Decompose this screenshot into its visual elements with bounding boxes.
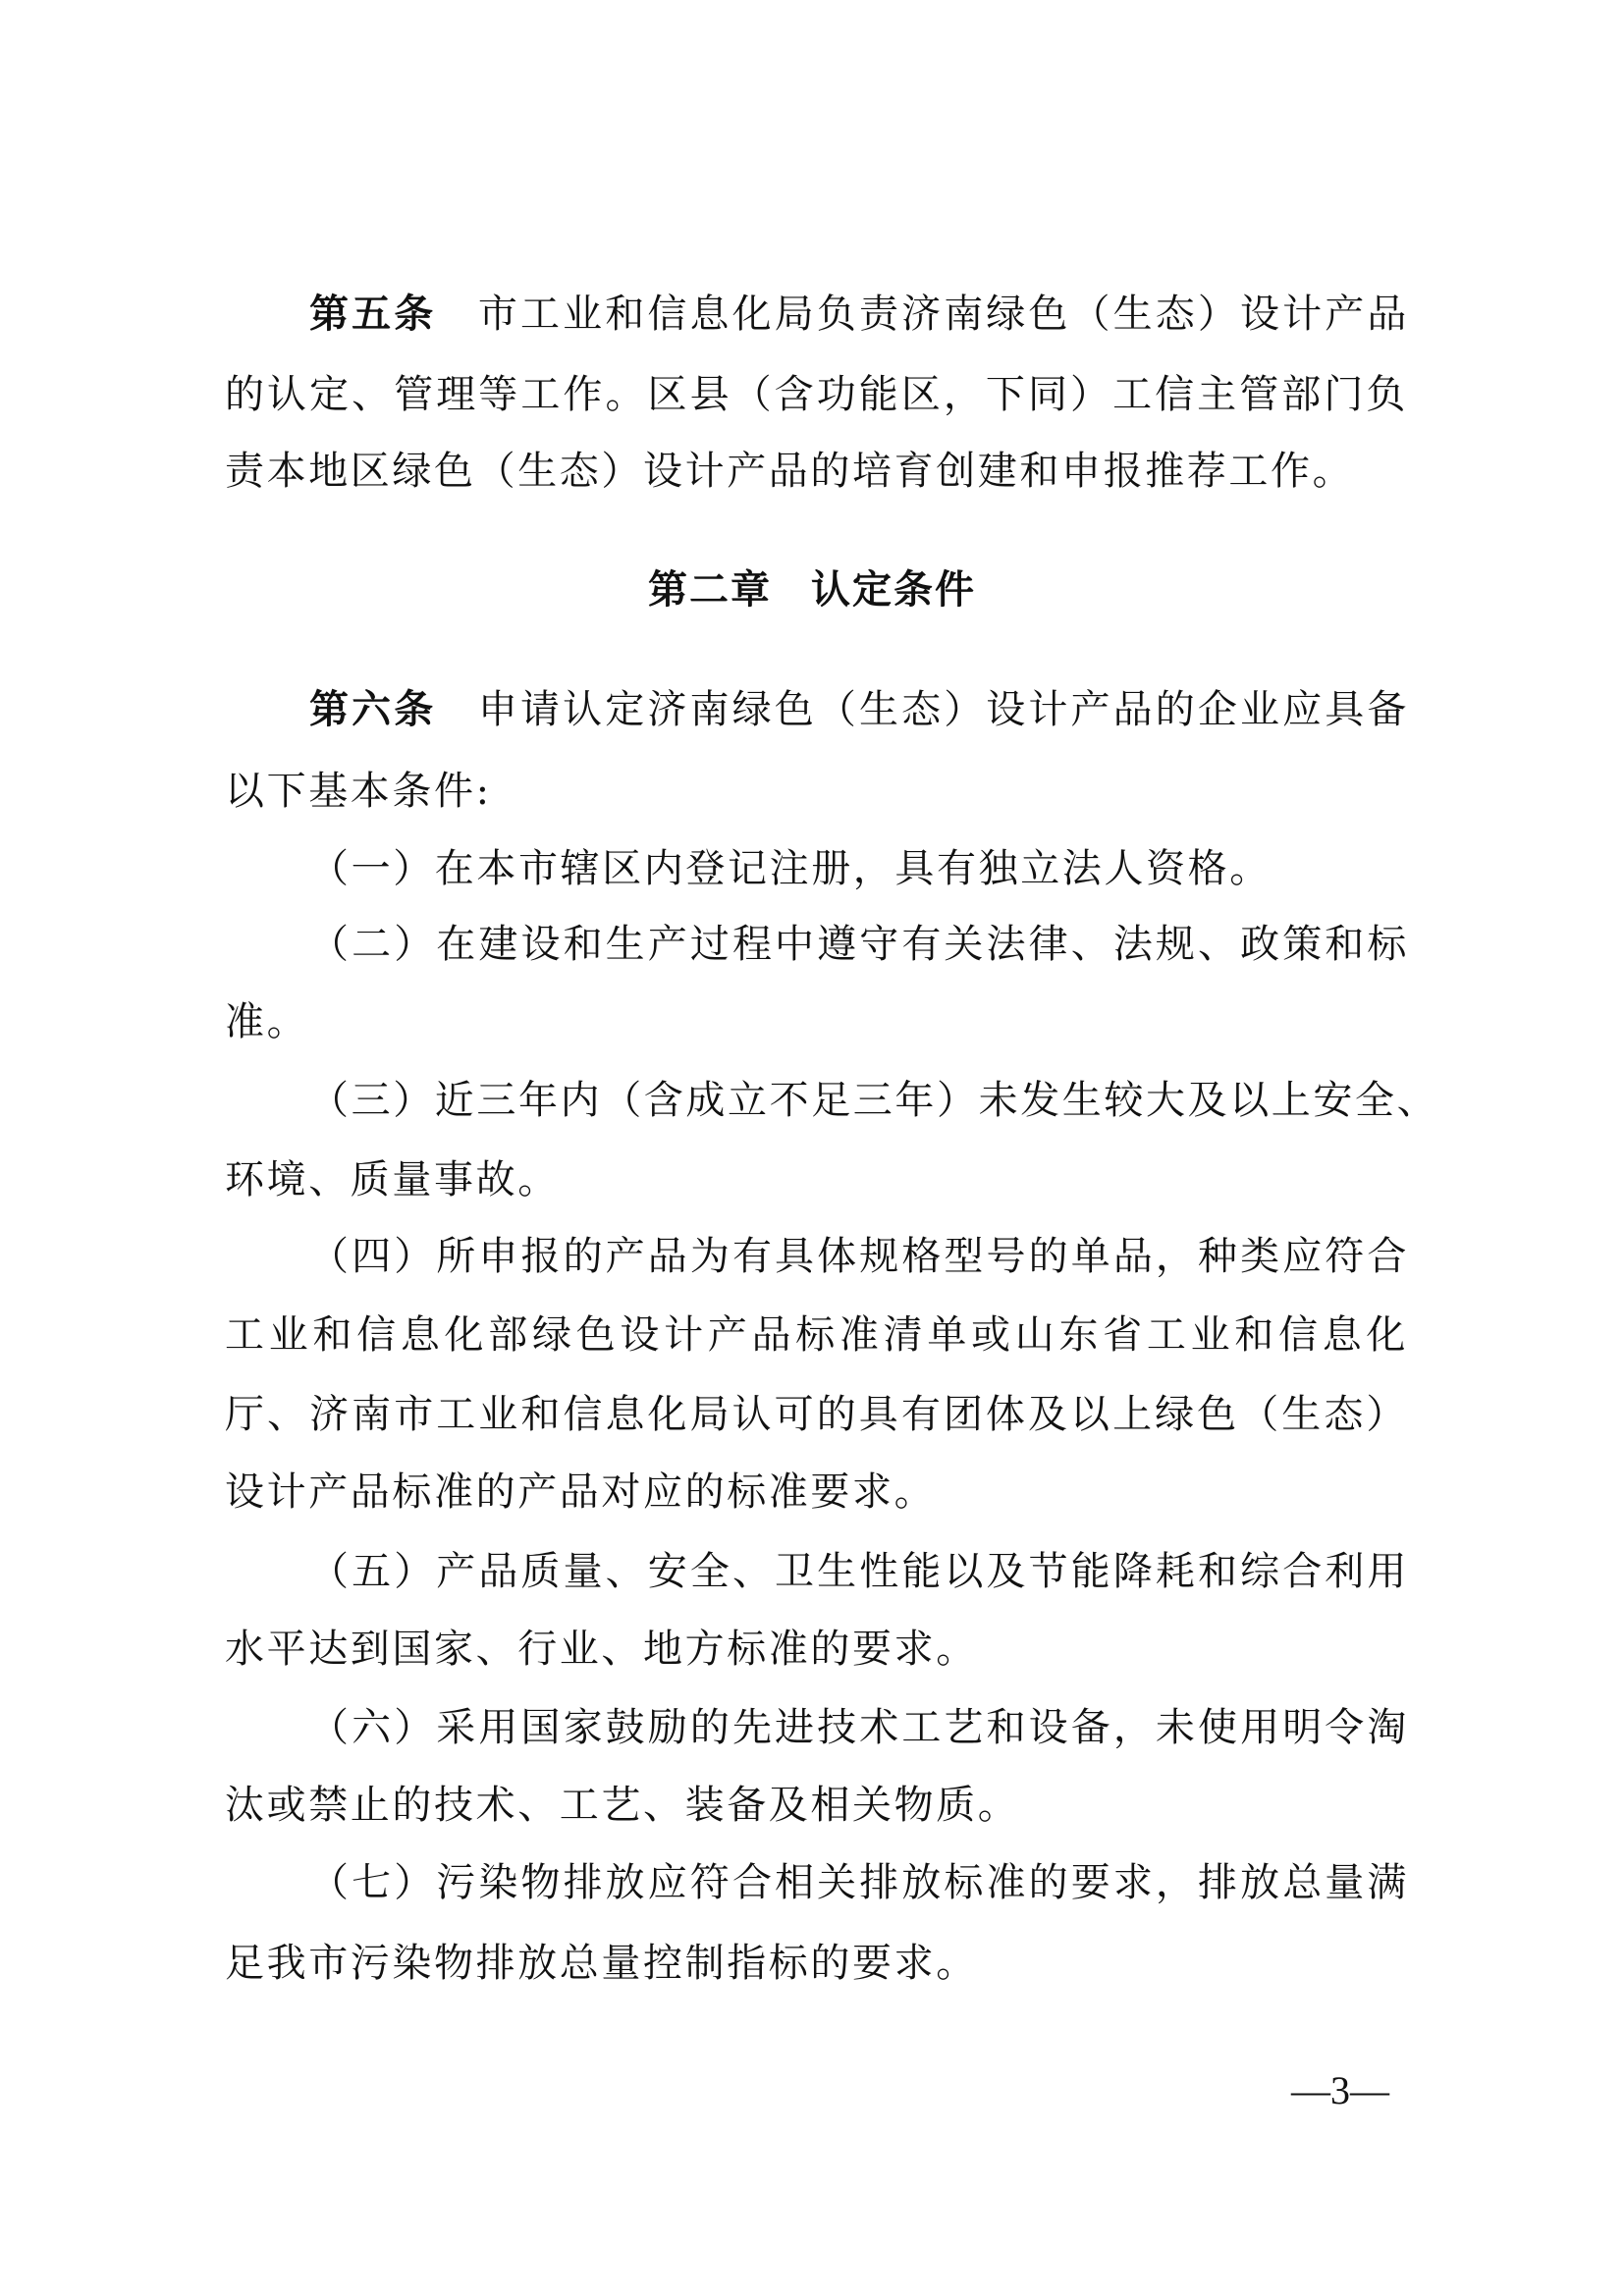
article-6-line-2: 以下基本条件: — [225, 762, 1408, 821]
condition-2-line-2: 准。 — [225, 992, 1408, 1051]
condition-3-line-1: （三）近三年内（含成立不足三年）未发生较大及以上安全、 — [309, 1071, 1409, 1130]
article-6-text: 申请认定济南绿色（生态）设计产品的企业应具备 — [477, 687, 1409, 732]
condition-5-line-2: 水平达到国家、行业、地方标准的要求。 — [225, 1620, 1408, 1679]
chapter-number: 第二章 — [648, 567, 772, 613]
condition-4-line-1: （四）所申报的产品为有具体规格型号的单品，种类应符合 — [309, 1227, 1409, 1286]
article-5-text: 市工业和信息化局负责济南绿色（生态）设计产品 — [477, 292, 1409, 337]
condition-3-line-2: 环境、质量事故。 — [225, 1150, 1408, 1209]
condition-4-line-2: 工业和信息化部绿色设计产品标准清单或山东省工业和信息化 — [225, 1306, 1408, 1364]
article-5-label: 第五条 — [309, 292, 436, 337]
condition-7-line-1: （七）污染物排放应符合相关排放标准的要求，排放总量满 — [309, 1853, 1409, 1912]
document-page: 第五条市工业和信息化局负责济南绿色（生态）设计产品 的认定、管理等工作。区县（含… — [0, 0, 1624, 2296]
article-6-line-1: 第六条申请认定济南绿色（生态）设计产品的企业应具备 — [309, 680, 1409, 739]
chapter-title: 认定条件 — [811, 567, 976, 613]
condition-6-line-1: （六）采用国家鼓励的先进技术工艺和设备，未使用明令淘 — [309, 1698, 1409, 1757]
condition-1-line-1: （一）在本市辖区内登记注册，具有独立法人资格。 — [309, 839, 1409, 898]
article-5-line-3: 责本地区绿色（生态）设计产品的培育创建和申报推荐工作。 — [225, 442, 1408, 501]
article-5-line-2: 的认定、管理等工作。区县（含功能区，下同）工信主管部门负 — [225, 365, 1408, 424]
condition-7-line-2: 足我市污染物排放总量控制指标的要求。 — [225, 1934, 1408, 1993]
article-5-line-1: 第五条市工业和信息化局负责济南绿色（生态）设计产品 — [309, 285, 1409, 344]
condition-5-line-1: （五）产品质量、安全、卫生性能以及节能降耗和综合利用 — [309, 1542, 1409, 1601]
condition-6-line-2: 汰或禁止的技术、工艺、装备及相关物质。 — [225, 1776, 1408, 1835]
article-6-label: 第六条 — [309, 687, 436, 732]
chapter-heading: 第二章认定条件 — [0, 561, 1624, 619]
page-number: —3— — [1286, 2061, 1394, 2120]
condition-2-line-1: （二）在建设和生产过程中遵守有关法律、法规、政策和标 — [309, 915, 1409, 974]
condition-4-line-3: 厅、济南市工业和信息化局认可的具有团体及以上绿色（生态） — [225, 1385, 1408, 1444]
condition-4-line-4: 设计产品标准的产品对应的标准要求。 — [225, 1463, 1408, 1522]
